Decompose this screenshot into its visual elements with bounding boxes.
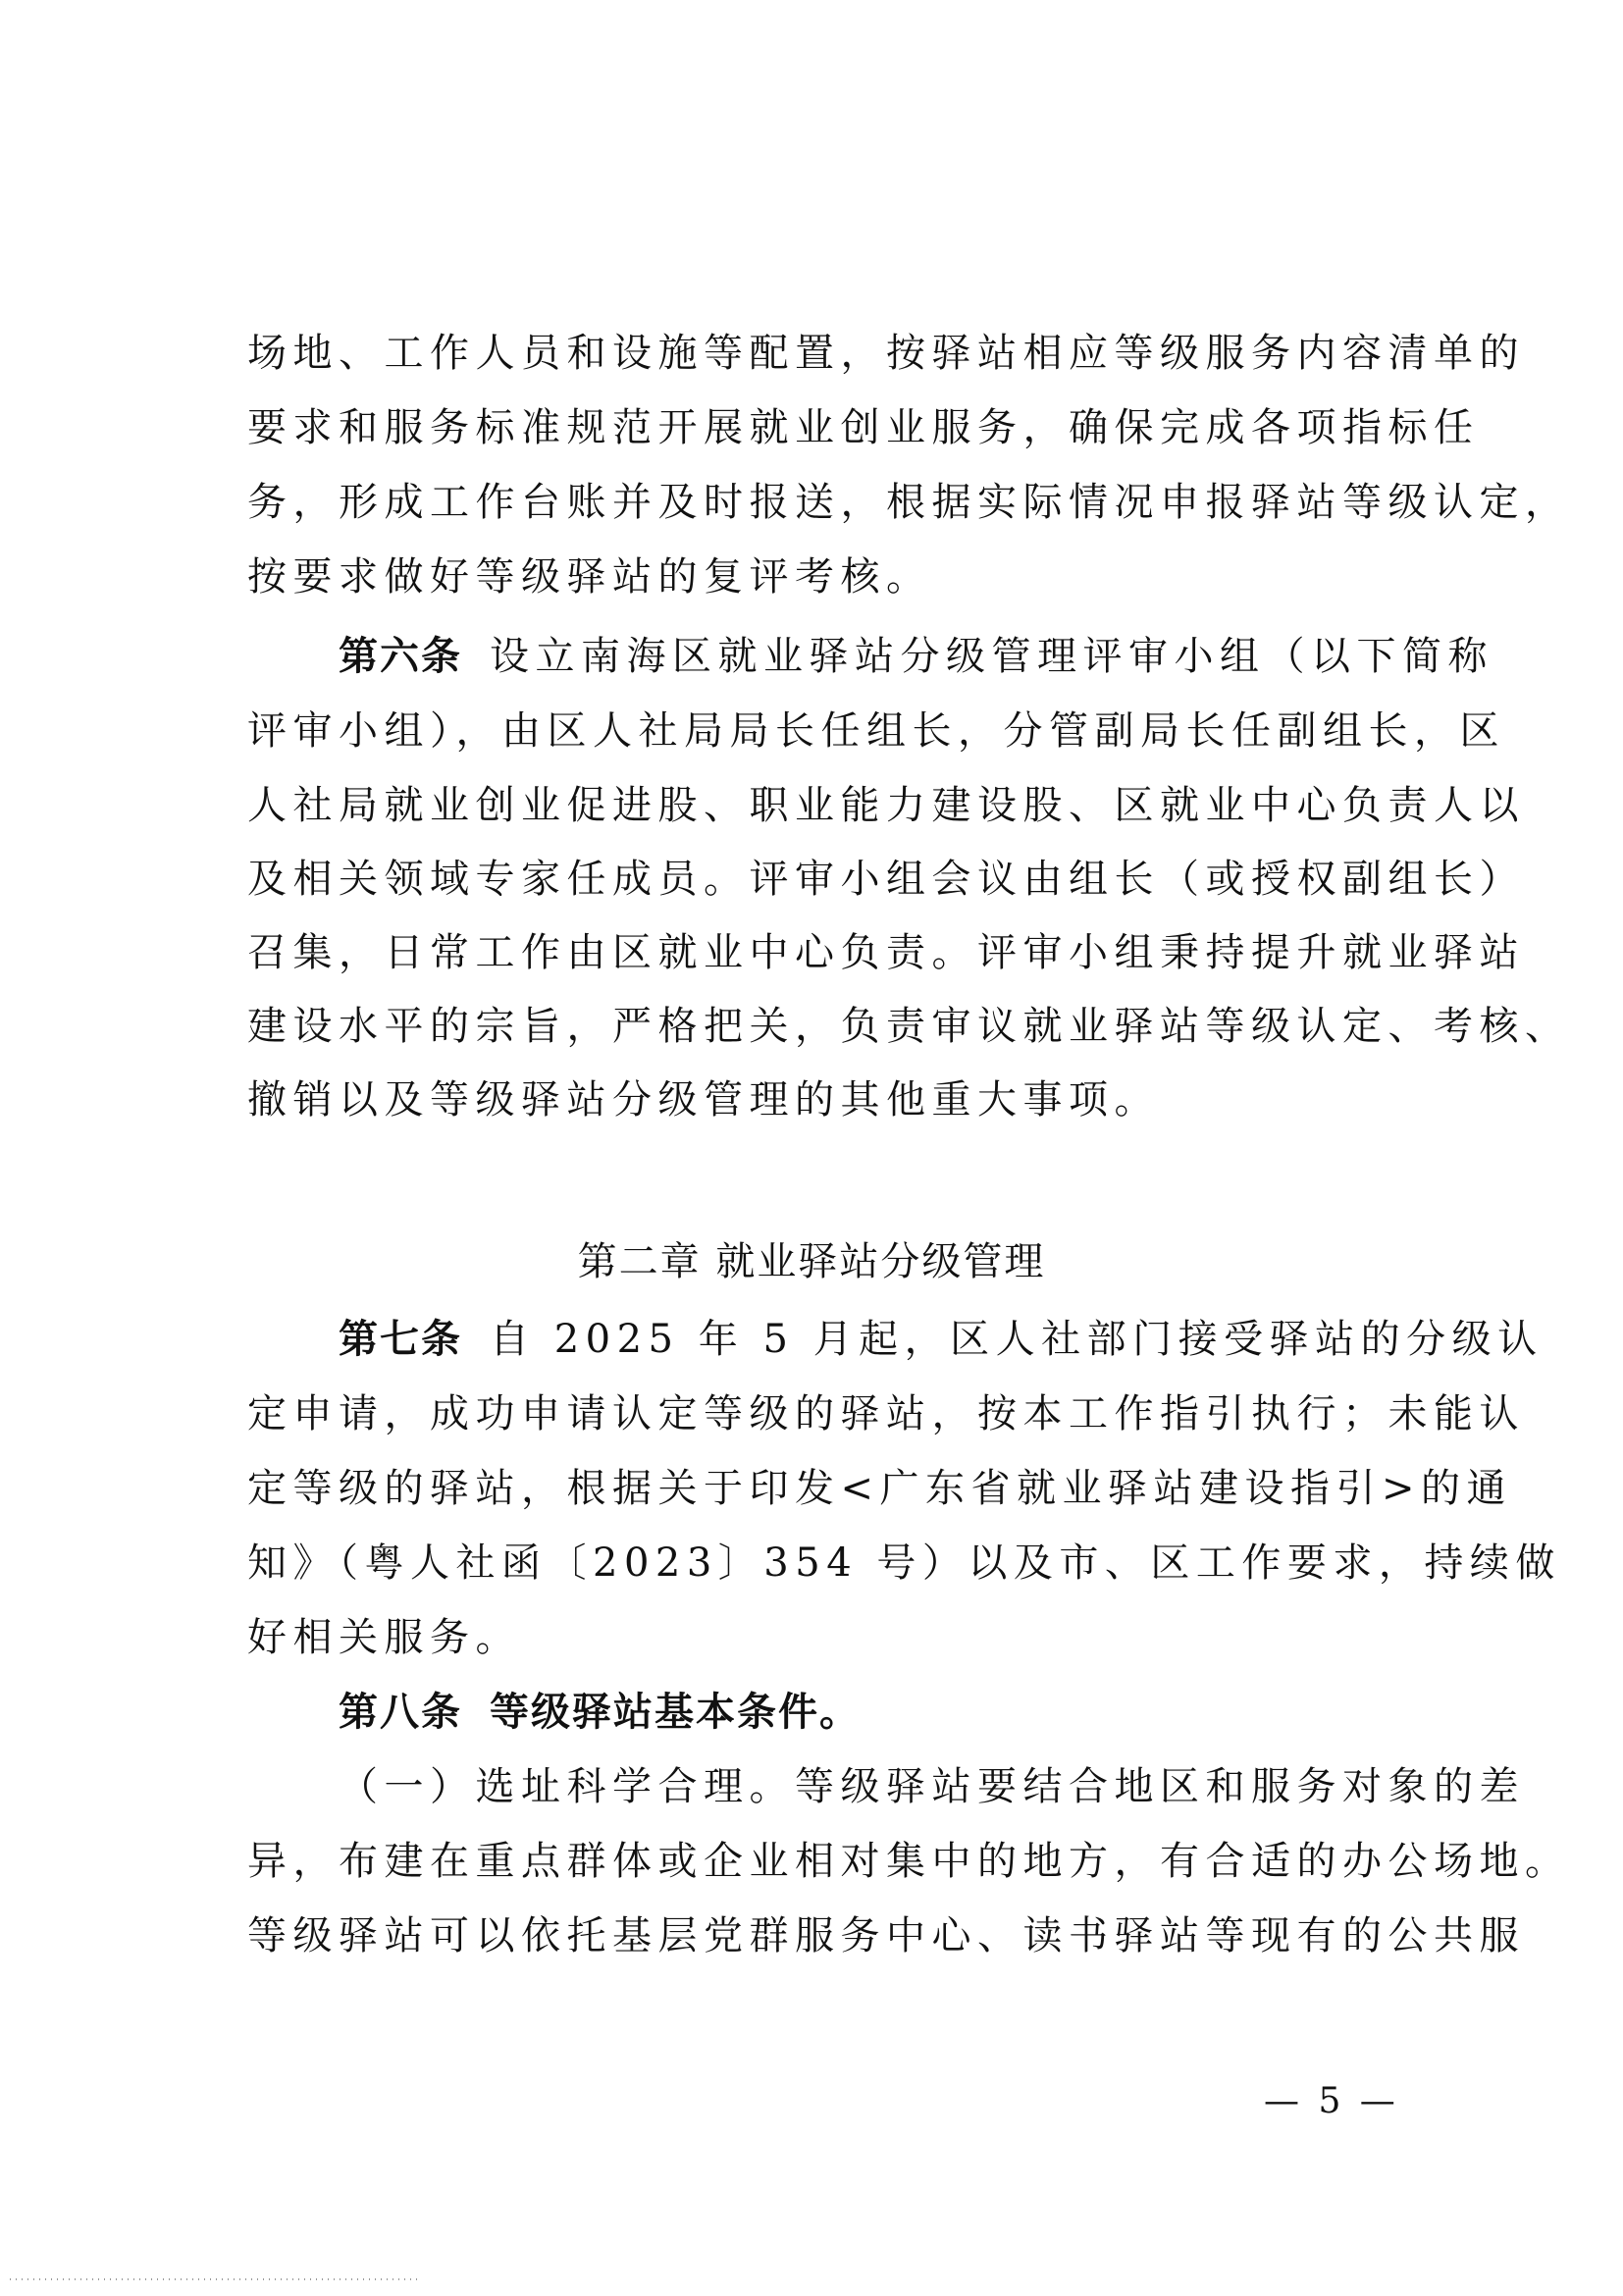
paragraph-line: 评审小组），由区人社局局长任组长，分管副局长任副组长，区	[247, 707, 1393, 755]
article-6-label: 第六条	[339, 634, 462, 679]
document-page: 场地、工作人员和设施等配置，按驿站相应等级服务内容清单的 要求和服务标准规范开展…	[0, 0, 1623, 2296]
paragraph-line: 人社局就业创业促进股、职业能力建设股、区就业中心负责人以	[247, 782, 1393, 829]
paragraph-line: 定等级的驿站，根据关于印发<广东省就业驿站建设指引>的通	[247, 1465, 1393, 1512]
paragraph-line: 及相关领域专家任成员。评审小组会议由组长（或授权副组长）	[247, 856, 1393, 903]
paragraph-line: 召集，日常工作由区就业中心负责。评审小组秉持提升就业驿站	[247, 929, 1393, 976]
article-8-title: 等级驿站基本条件。	[490, 1690, 861, 1735]
article-7-label: 第七条	[339, 1317, 462, 1362]
scan-artifact	[10, 2278, 422, 2280]
paragraph-line: 异，布建在重点群体或企业相对集中的地方，有合适的办公场地。	[247, 1838, 1393, 1885]
article-8-label: 第八条	[339, 1690, 462, 1735]
article-7-first-line: 第七条自 2025 年 5 月起，区人社部门接受驿站的分级认	[339, 1316, 1393, 1363]
paragraph-line: 场地、工作人员和设施等配置，按驿站相应等级服务内容清单的	[247, 330, 1393, 377]
paragraph-line: 要求和服务标准规范开展就业创业服务，确保完成各项指标任	[247, 404, 1393, 451]
paragraph-line: 建设水平的宗旨，严格把关，负责审议就业驿站等级认定、考核、	[247, 1003, 1393, 1050]
article-8-item-1-first-line: （一）选址科学合理。等级驿站要结合地区和服务对象的差	[339, 1763, 1393, 1810]
article-6-text: 设立南海区就业驿站分级管理评审小组（以下简称	[490, 634, 1493, 679]
article-7-text: 自 2025 年 5 月起，区人社部门接受驿站的分级认	[490, 1317, 1544, 1362]
article-8-heading: 第八条等级驿站基本条件。	[339, 1689, 1393, 1736]
paragraph-line: 撤销以及等级驿站分级管理的其他重大事项。	[247, 1076, 1393, 1123]
paragraph-line: 好相关服务。	[247, 1614, 1393, 1661]
paragraph-line: 务，形成工作台账并及时报送，根据实际情况申报驿站等级认定，	[247, 479, 1393, 526]
article-6-first-line: 第六条设立南海区就业驿站分级管理评审小组（以下简称	[339, 633, 1393, 680]
page-number: — 5 —	[1264, 2080, 1399, 2123]
paragraph-line: 按要求做好等级驿站的复评考核。	[247, 553, 1393, 600]
paragraph-line: 等级驿站可以依托基层党群服务中心、读书驿站等现有的公共服	[247, 1912, 1393, 1959]
paragraph-line: 知》（粤人社函〔2023〕354 号）以及市、区工作要求，持续做	[247, 1539, 1393, 1587]
paragraph-line: 定申请，成功申请认定等级的驿站，按本工作指引执行；未能认	[247, 1390, 1393, 1437]
chapter-heading: 第二章 就业驿站分级管理	[0, 1238, 1623, 1285]
